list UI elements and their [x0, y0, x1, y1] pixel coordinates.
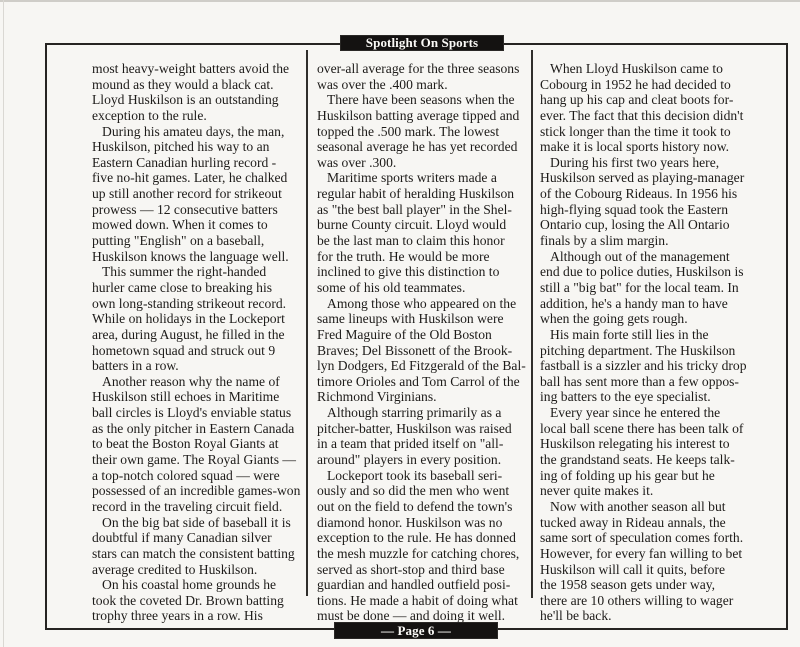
text-line: putting "English" on a baseball, [92, 233, 297, 249]
scan-top-edge [0, 0, 800, 2]
column-divider-1 [306, 50, 308, 596]
text-line: Huskilson relegating his interest to [540, 436, 755, 452]
text-line: This summer the right-handed [92, 264, 297, 280]
text-line: However, for every fan willing to bet [540, 546, 755, 562]
text-line: pitcher-batter, Huskilson was raised [317, 421, 529, 437]
page-number-label: — Page 6 — [335, 623, 497, 638]
text-line: Cobourg in 1952 he had decided to [540, 77, 755, 93]
text-line: stars can match the consistent batting [92, 546, 297, 562]
text-line: was over .300. [317, 155, 529, 171]
text-line: for the truth. He would be more [317, 249, 529, 265]
text-line: prowess — 12 consecutive batters [92, 202, 297, 218]
text-line: around" players in every position. [317, 452, 529, 468]
text-line: ously and so did the men who went [317, 483, 529, 499]
text-line: their own game. The Royal Giants — [92, 452, 297, 468]
text-line: when the going gets rough. [540, 311, 755, 327]
text-line: diamond honor. Huskilson was no [317, 515, 529, 531]
text-line: guardian and handled outfield posi- [317, 577, 529, 593]
text-line: make it is local sports history now. [540, 139, 755, 155]
text-line: exception to the rule. He has donned [317, 530, 529, 546]
text-line: On the big bat side of baseball it is [92, 515, 297, 531]
text-line: Huskilson will call it quits, before [540, 562, 755, 578]
text-line: There have been seasons when the [317, 92, 529, 108]
text-line: of the Cobourg Rideaus. In 1956 his [540, 186, 755, 202]
text-line: While on holidays in the Lockeport [92, 311, 297, 327]
text-line: record in the traveling circuit field. [92, 499, 297, 515]
text-line: Fred Maguire of the Old Boston [317, 327, 529, 343]
text-line: batters in a row. [92, 358, 297, 374]
text-line: Although out of the management [540, 249, 755, 265]
text-line: When Lloyd Huskilson came to [540, 61, 755, 77]
text-line: Among those who appeared on the [317, 296, 529, 312]
text-line: as the only pitcher in Eastern Canada [92, 421, 297, 437]
text-line: ever. The fact that this decision didn't [540, 108, 755, 124]
text-line: must be done — and doing it well. [317, 608, 529, 624]
text-line: the grandstand seats. He keeps talk- [540, 452, 755, 468]
text-line: served as short-stop and third base [317, 562, 529, 578]
section-header-label: Spotlight On Sports [341, 36, 503, 50]
text-line: took the coveted Dr. Brown batting [92, 593, 297, 609]
text-line: up still another record for strikeout [92, 186, 297, 202]
text-line: inclined to give this distinction to [317, 264, 529, 280]
text-line: tucked away in Rideau annals, the [540, 515, 755, 531]
text-line: regular habit of heralding Huskilson [317, 186, 529, 202]
text-line: stick longer than the time it took to [540, 124, 755, 140]
article-column-3: When Lloyd Huskilson came toCobourg in 1… [540, 61, 755, 624]
text-line: be the last man to claim this honor [317, 233, 529, 249]
text-line: During his amateu days, the man, [92, 124, 297, 140]
text-line: was over the .400 mark. [317, 77, 529, 93]
text-line: Huskilson, pitched his way to an [92, 139, 297, 155]
text-line: Although starring primarily as a [317, 405, 529, 421]
text-line: Huskilson served as playing-manager [540, 170, 755, 186]
text-line: mowed down. When it comes to [92, 217, 297, 233]
text-line: exception to the rule. [92, 108, 297, 124]
text-line: same sort of speculation comes forth. [540, 530, 755, 546]
text-line: area, during August, he filled in the [92, 327, 297, 343]
text-line: Another reason why the name of [92, 374, 297, 390]
text-line: same lineups with Huskilson were [317, 311, 529, 327]
text-line: Lloyd Huskilson is an outstanding [92, 92, 297, 108]
text-line: Every year since he entered the [540, 405, 755, 421]
text-line: doubtful if many Canadian silver [92, 530, 297, 546]
text-line: lyn Dodgers, Ed Fitzgerald of the Bal- [317, 358, 529, 374]
text-line: hometown squad and struck out 9 [92, 343, 297, 359]
text-line: some of his old teammates. [317, 280, 529, 296]
text-line: pitching department. The Huskilson [540, 343, 755, 359]
text-line: the 1958 season gets under way, [540, 577, 755, 593]
text-line: During his first two years here, [540, 155, 755, 171]
text-line: fastball is a sizzler and his tricky dro… [540, 358, 755, 374]
text-line: Richmond Virginians. [317, 389, 529, 405]
text-line: Ontario cup, losing the All Ontario [540, 217, 755, 233]
text-line: still a "big bat" for the local team. In [540, 280, 755, 296]
text-line: to beat the Boston Royal Giants at [92, 436, 297, 452]
text-line: tions. He made a habit of doing what [317, 593, 529, 609]
text-line: possessed of an incredible games-won [92, 483, 297, 499]
text-line: Now with another season all but [540, 499, 755, 515]
text-line: finals by a slim margin. [540, 233, 755, 249]
text-line: never quite makes it. [540, 483, 755, 499]
text-line: trophy three years in a row. His [92, 608, 297, 624]
article-column-1: most heavy-weight batters avoid themound… [92, 61, 297, 624]
text-line: high-flying squad took the Eastern [540, 202, 755, 218]
text-line: Eastern Canadian hurling record - [92, 155, 297, 171]
text-line: over-all average for the three seasons [317, 61, 529, 77]
text-line: mound as they would a black cat. [92, 77, 297, 93]
text-line: seasonal average he has yet recorded [317, 139, 529, 155]
text-line: average credited to Huskilson. [92, 562, 297, 578]
text-line: burne County circuit. Lloyd would [317, 217, 529, 233]
text-line: own long-standing strikeout record. [92, 296, 297, 312]
scan-left-edge [3, 0, 4, 647]
text-line: ing of folding up his gear but he [540, 468, 755, 484]
text-line: Lockeport took its baseball seri- [317, 468, 529, 484]
text-line: five no-hit games. Later, he chalked [92, 170, 297, 186]
text-line: he'll be back. [540, 608, 755, 624]
text-line: ball has sent more than a few oppos- [540, 374, 755, 390]
text-line: the mesh muzzle for catching chores, [317, 546, 529, 562]
text-line: ball circles is Lloyd's enviable status [92, 405, 297, 421]
text-line: Huskilson still echoes in Maritime [92, 389, 297, 405]
text-line: Braves; Del Bissonett of the Brook- [317, 343, 529, 359]
text-line: there are 10 others willing to wager [540, 593, 755, 609]
text-line: a top-notch colored squad — were [92, 468, 297, 484]
text-line: His main forte still lies in the [540, 327, 755, 343]
text-line: Huskilson knows the language well. [92, 249, 297, 265]
text-line: Huskilson batting average tipped and [317, 108, 529, 124]
article-column-2: over-all average for the three seasonswa… [317, 61, 529, 624]
text-line: topped the .500 mark. The lowest [317, 124, 529, 140]
text-line: hurler came close to breaking his [92, 280, 297, 296]
column-divider-2 [531, 50, 533, 598]
text-line: timore Orioles and Tom Carrol of the [317, 374, 529, 390]
text-line: ing batters to the eye specialist. [540, 389, 755, 405]
text-line: addition, he's a handy man to have [540, 296, 755, 312]
text-line: as "the best ball player" in the Shel- [317, 202, 529, 218]
text-line: out on the field to defend the town's [317, 499, 529, 515]
text-line: local ball scene there has been talk of [540, 421, 755, 437]
text-line: in a team that prided itself on "all- [317, 436, 529, 452]
text-line: hang up his cap and cleat boots for- [540, 92, 755, 108]
text-line: most heavy-weight batters avoid the [92, 61, 297, 77]
text-line: On his coastal home grounds he [92, 577, 297, 593]
text-line: end due to police duties, Huskilson is [540, 264, 755, 280]
text-line: Maritime sports writers made a [317, 170, 529, 186]
